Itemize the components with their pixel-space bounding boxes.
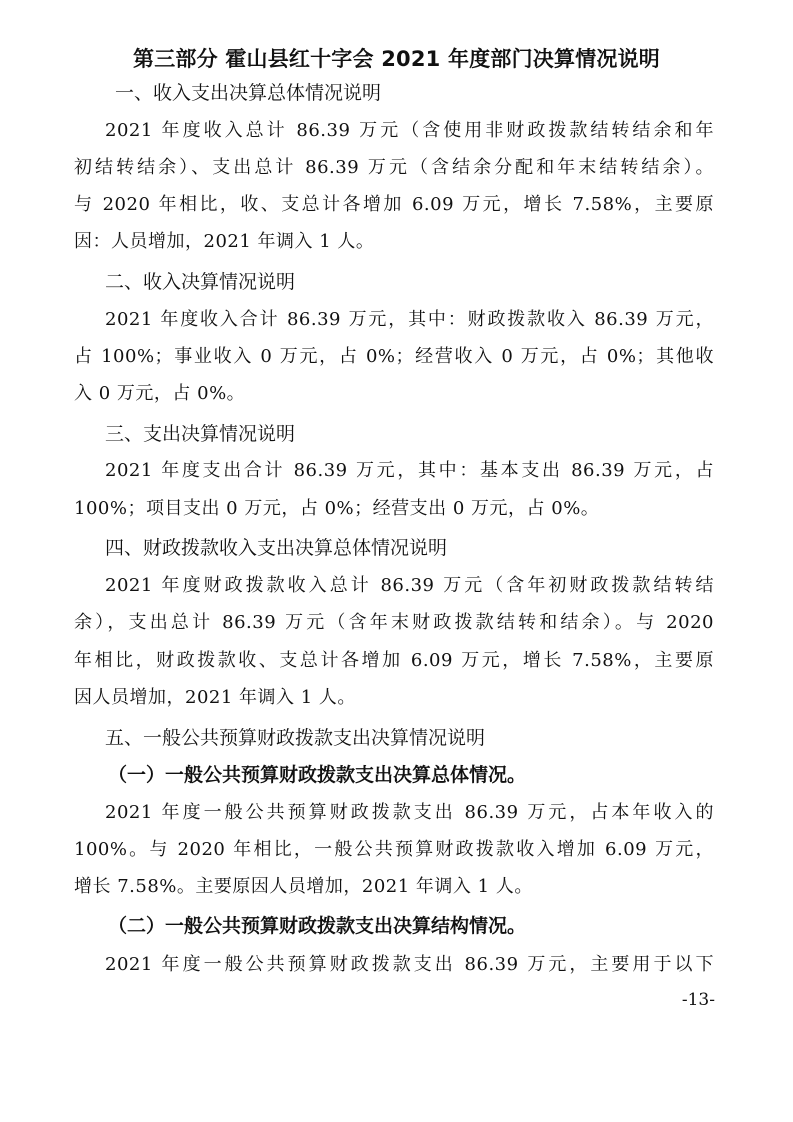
subsection-heading-5-2: （二）一般公共预算财政拨款支出决算结构情况。 [108, 911, 526, 941]
section-heading-1: 一、收入支出决算总体情况说明 [115, 78, 381, 108]
paragraph-line: 初结转结余）、支出总计 86.39 万元（含结余分配和年末结转结余）。 [74, 153, 714, 183]
paragraph-line: 余），支出总计 86.39 万元（含年末财政拨款结转和结余）。与 2020 [74, 608, 714, 638]
paragraph-line: 占 100%；事业收入 0 万元，占 0%；经营收入 0 万元，占 0%；其他收 [74, 342, 714, 372]
paragraph-line: 因人员增加，2021 年调入 1 人。 [74, 683, 714, 713]
document-page: 第三部分 霍山县红十字会 2021 年度部门决算情况说明 一、收入支出决算总体情… [0, 0, 793, 1122]
paragraph-line: 入 0 万元，占 0%。 [74, 379, 714, 409]
section-heading-3: 三、支出决算情况说明 [105, 419, 295, 449]
document-title: 第三部分 霍山县红十字会 2021 年度部门决算情况说明 [0, 44, 793, 74]
paragraph-line: 年相比，财政拨款收、支总计各增加 6.09 万元，增长 7.58%，主要原 [74, 646, 714, 676]
section-heading-5: 五、一般公共预算财政拨款支出决算情况说明 [105, 723, 485, 753]
page-number: -13- [682, 988, 715, 1012]
subsection-heading-5-1: （一）一般公共预算财政拨款支出决算总体情况。 [108, 760, 526, 790]
paragraph-line: 因：人员增加，2021 年调入 1 人。 [74, 227, 714, 257]
paragraph-line: 2021 年度收入合计 86.39 万元，其中：财政拨款收入 86.39 万元， [105, 305, 714, 335]
section-heading-4: 四、财政拨款收入支出决算总体情况说明 [105, 533, 447, 563]
paragraph-line: 2021 年度收入总计 86.39 万元（含使用非财政拨款结转结余和年 [105, 116, 714, 146]
paragraph-line: 2021 年度一般公共预算财政拨款支出 86.39 万元，占本年收入的 [105, 798, 714, 828]
paragraph-line: 与 2020 年相比，收、支总计各增加 6.09 万元，增长 7.58%，主要原 [74, 190, 714, 220]
paragraph-line: 2021 年度一般公共预算财政拨款支出 86.39 万元，主要用于以下 [105, 950, 714, 980]
paragraph-line: 100%；项目支出 0 万元，占 0%；经营支出 0 万元，占 0%。 [74, 494, 714, 524]
paragraph-line: 2021 年度支出合计 86.39 万元，其中：基本支出 86.39 万元，占 [105, 456, 714, 486]
section-heading-2: 二、收入决算情况说明 [105, 267, 295, 297]
paragraph-line: 100%。与 2020 年相比，一般公共预算财政拨款收入增加 6.09 万元， [74, 835, 714, 865]
paragraph-line: 2021 年度财政拨款收入总计 86.39 万元（含年初财政拨款结转结 [105, 571, 714, 601]
paragraph-line: 增长 7.58%。主要原因人员增加，2021 年调入 1 人。 [74, 872, 714, 902]
